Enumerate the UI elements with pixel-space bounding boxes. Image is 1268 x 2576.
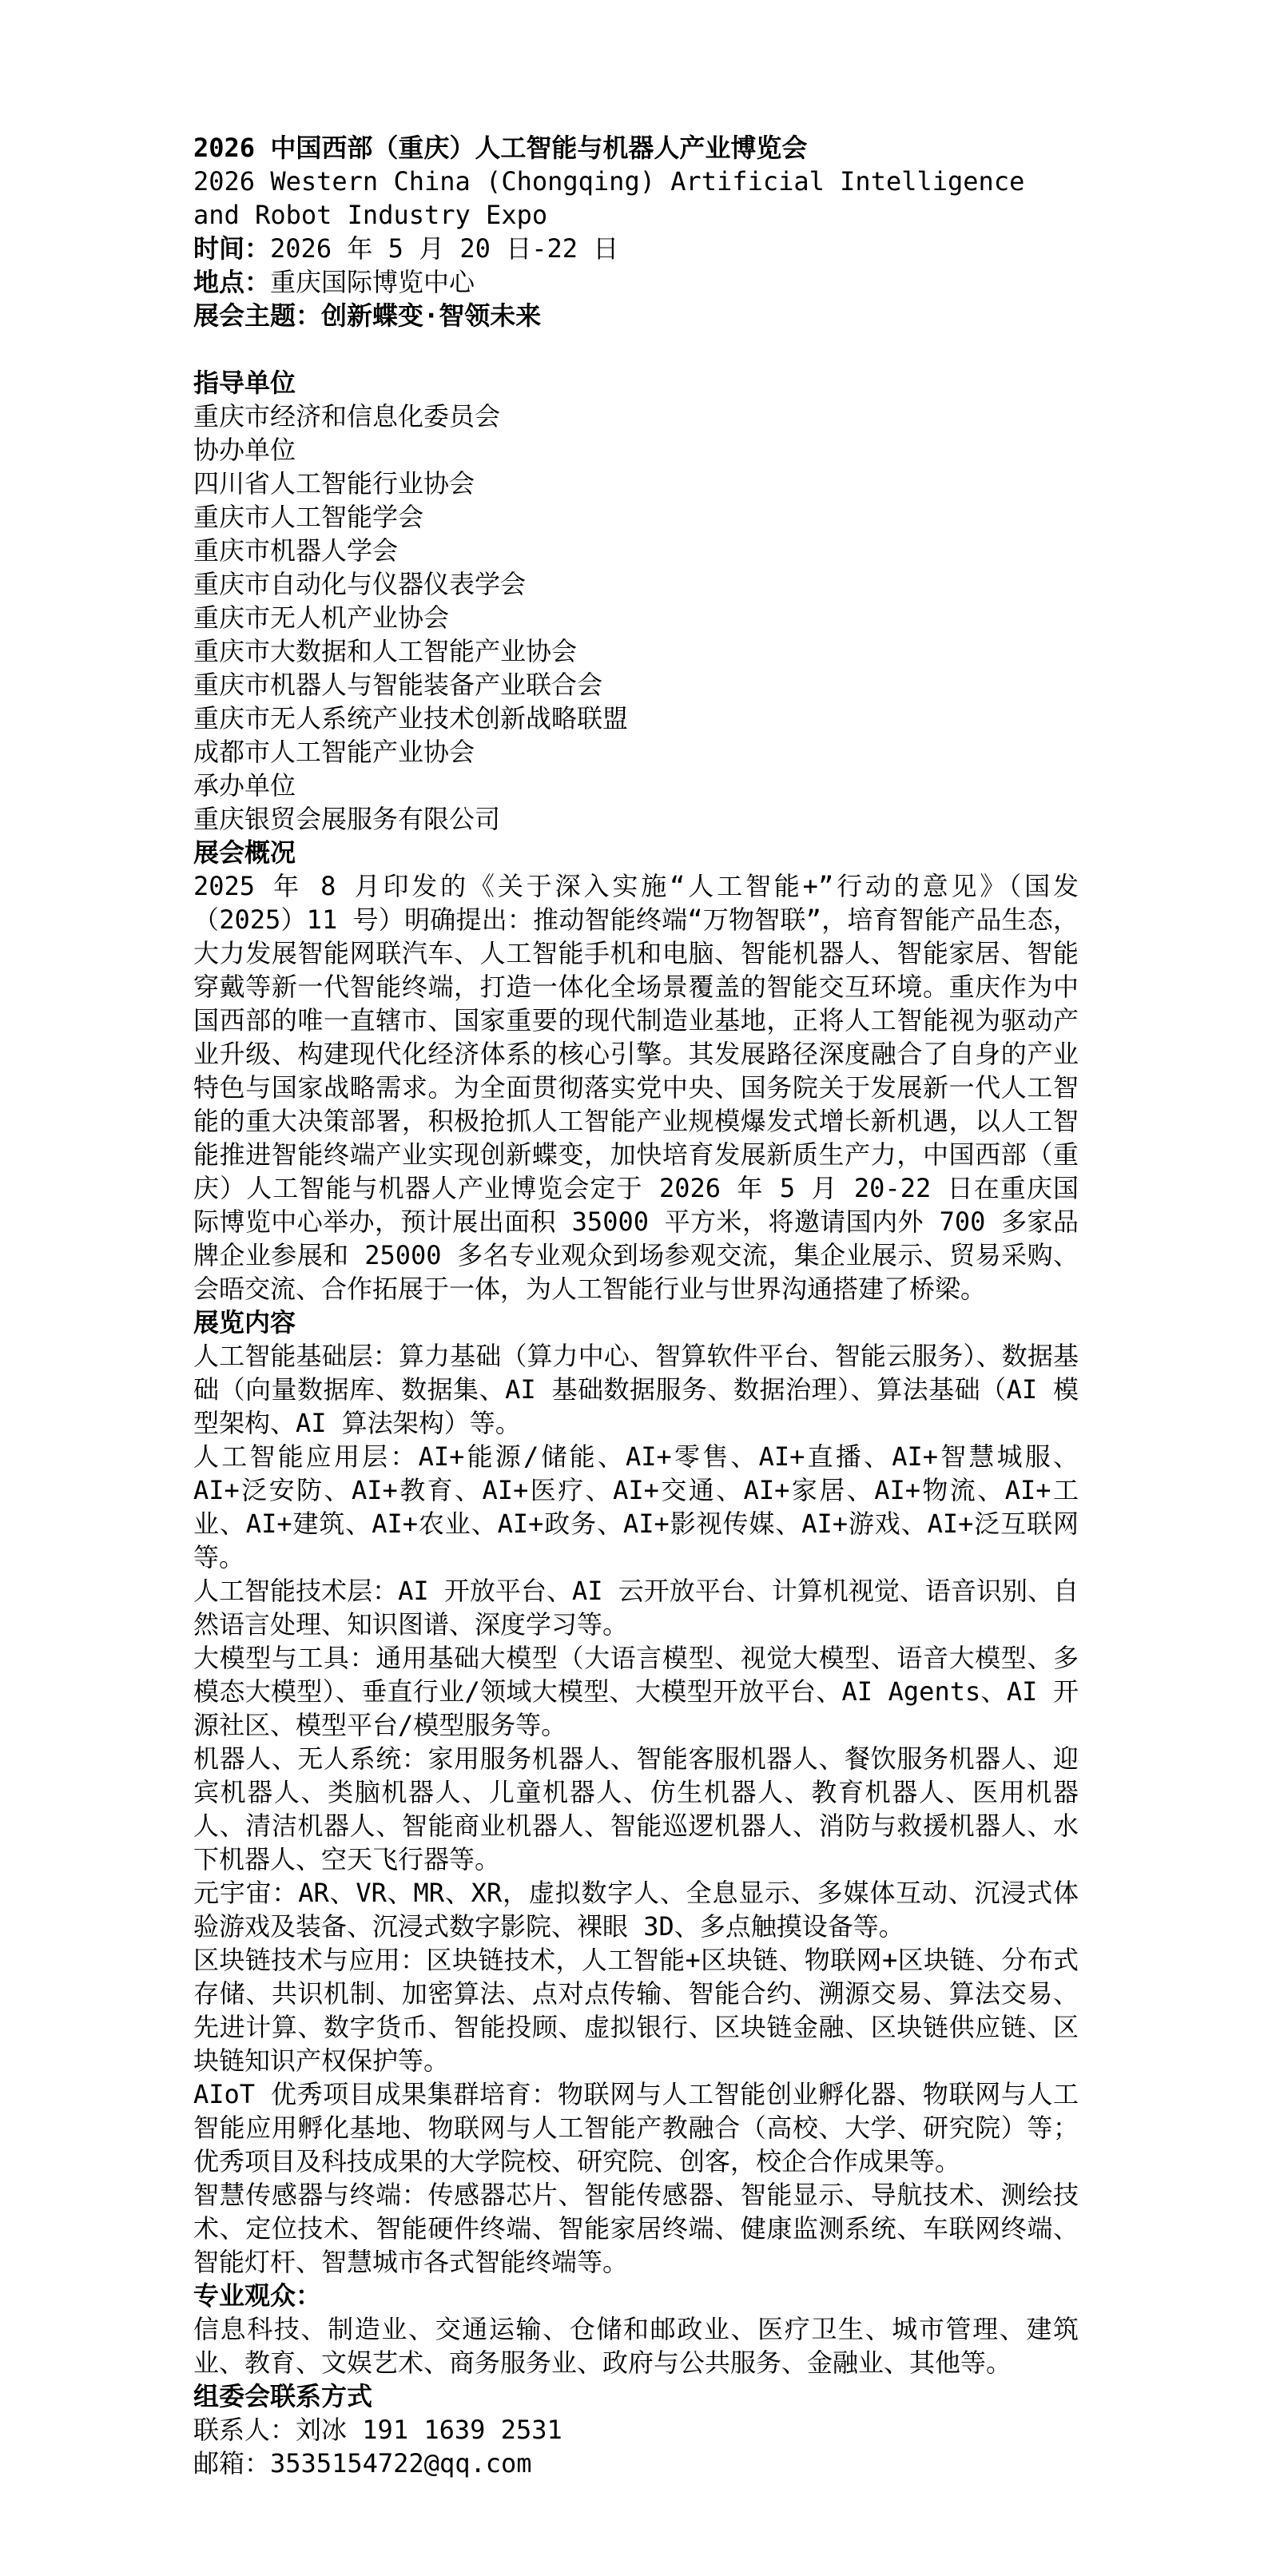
visitors-paragraph: 信息科技、制造业、交通运输、仓储和邮政业、医疗卫生、城市管理、建筑业、教育、文娱…: [193, 2312, 1079, 2379]
exhibit-paragraph-metaverse: 元宇宙：AR、VR、MR、XR，虚拟数字人、全息显示、多媒体互动、沉浸式体验游戏…: [193, 1876, 1079, 1943]
exhibit-paragraph-ai-application: 人工智能应用层：AI+能源/储能、AI+零售、AI+直播、AI+智慧城服、AI+…: [193, 1440, 1079, 1574]
contact-email-line: 邮箱：3535154722@qq.com: [193, 2447, 1079, 2480]
contact-email-value: 3535154722@qq.com: [270, 2448, 532, 2479]
theme-value: 创新蝶变·智领未来: [321, 300, 541, 331]
contact-person-label: 联系人：: [193, 2415, 296, 2445]
org-line: 重庆市大数据和人工智能产业协会: [193, 634, 1079, 668]
venue-value: 重庆国际博览中心: [270, 267, 475, 297]
contact-email-label: 邮箱：: [193, 2448, 270, 2479]
visitors-heading: 专业观众：: [193, 2279, 1079, 2312]
org-heading-coorganizer: 协办单位: [193, 433, 1079, 467]
org-line: 重庆市自动化与仪器仪表学会: [193, 567, 1079, 601]
doc-title-cn: 2026 中国西部（重庆）人工智能与机器人产业博览会: [193, 131, 1079, 165]
exhibit-paragraph-large-models: 大模型与工具：通用基础大模型（大语言模型、视觉大模型、语音大模型、多模态大模型）…: [193, 1641, 1079, 1742]
org-line: 重庆市人工智能学会: [193, 500, 1079, 534]
info-line-time: 时间：2026 年 5 月 20 日-22 日: [193, 232, 1079, 265]
theme-label: 展会主题：: [193, 300, 321, 331]
org-heading-undertaker: 承办单位: [193, 769, 1079, 802]
exhibit-paragraph-robots: 机器人、无人系统：家用服务机器人、智能客服机器人、餐饮服务机器人、迎宾机器人、类…: [193, 1742, 1079, 1876]
exhibit-paragraph-smart-sensors: 智慧传感器与终端：传感器芯片、智能传感器、智能显示、导航技术、测绘技术、定位技术…: [193, 2178, 1079, 2279]
exhibit-paragraph-ai-technology: 人工智能技术层：AI 开放平台、AI 云开放平台、计算机视觉、语音识别、自然语言…: [193, 1574, 1079, 1641]
org-line: 重庆银贸会展服务有限公司: [193, 802, 1079, 836]
org-line: 成都市人工智能产业协会: [193, 735, 1079, 769]
info-line-theme: 展会主题：创新蝶变·智领未来: [193, 299, 1079, 332]
document-page: 2026 中国西部（重庆）人工智能与机器人产业博览会 2026 Western …: [0, 0, 1268, 2576]
org-line: 重庆市机器人学会: [193, 534, 1079, 567]
exhibition-heading: 展览内容: [193, 1306, 1079, 1339]
contact-person-line: 联系人：刘冰 191 1639 2531: [193, 2413, 1079, 2447]
overview-heading: 展会概况: [193, 836, 1079, 869]
exhibit-paragraph-blockchain: 区块链技术与应用：区块链技术，人工智能+区块链、物联网+区块链、分布式存储、共识…: [193, 1943, 1079, 2077]
org-line: 四川省人工智能行业协会: [193, 467, 1079, 500]
org-heading-guidance: 指导单位: [193, 366, 1079, 400]
time-label: 时间：: [193, 233, 270, 264]
contact-person-value: 刘冰 191 1639 2531: [296, 2415, 562, 2445]
org-line: 重庆市无人系统产业技术创新战略联盟: [193, 702, 1079, 735]
org-line: 重庆市经济和信息化委员会: [193, 400, 1079, 433]
overview-paragraph: 2025 年 8 月印发的《关于深入实施“人工智能+”行动的意见》（国发（202…: [193, 869, 1079, 1306]
venue-label: 地点：: [193, 267, 270, 297]
exhibit-paragraph-ai-base: 人工智能基础层：算力基础（算力中心、智算软件平台、智能云服务）、数据基础（向量数…: [193, 1339, 1079, 1440]
doc-title-en: 2026 Western China (Chongqing) Artificia…: [193, 165, 1079, 232]
exhibit-paragraph-aiot: AIoT 优秀项目成果集群培育：物联网与人工智能创业孵化器、物联网与人工智能应用…: [193, 2077, 1079, 2178]
org-line: 重庆市无人机产业协会: [193, 601, 1079, 634]
contact-heading: 组委会联系方式: [193, 2379, 1079, 2413]
org-line: 重庆市机器人与智能装备产业联合会: [193, 668, 1079, 702]
time-value: 2026 年 5 月 20 日-22 日: [270, 233, 618, 264]
info-line-venue: 地点：重庆国际博览中心: [193, 265, 1079, 299]
